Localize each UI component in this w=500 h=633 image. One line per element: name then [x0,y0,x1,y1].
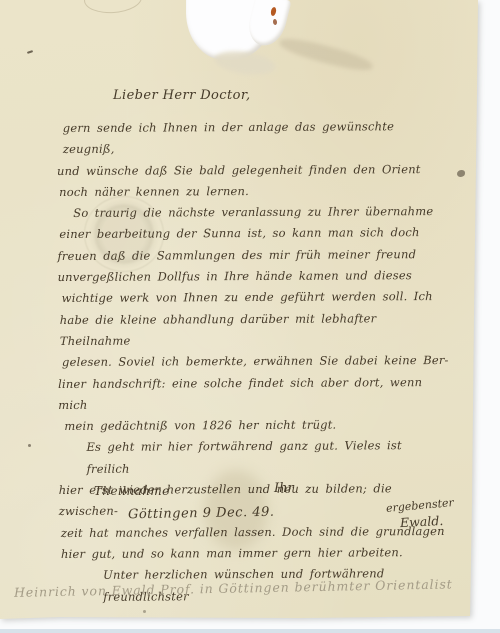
letter-line: mein gedächtniß von 1826 her nicht trügt… [64,414,450,437]
letter-line: hier gut, und so kann man immer gern hie… [61,542,451,565]
letter-line: wichtige werk von Ihnen zu ende geführt … [62,286,450,309]
tape-stain [277,34,374,75]
letter-line: einer bearbeitung der Sunna ist, so kann… [59,222,449,245]
letter-line: noch näher kennen zu lernen. [59,180,449,203]
letter-line: freuen daß die Sammlungen des mir früh m… [57,244,449,267]
paper-fleck [28,444,31,447]
letter-line: unvergeßlichen Dollfus in Ihre hände kam… [58,265,450,288]
closing-pronoun: Ihr [274,481,294,496]
signature: Ewald. [400,513,444,530]
paper-fleck [27,50,33,54]
tape-stain [213,48,277,78]
salutation-line: Lieber Herr Doctor, [113,88,251,103]
letter-line: liner handschrift: eine solche findet si… [58,372,450,417]
letter-body: gern sende ich Ihnen in der anlage das g… [57,116,452,608]
scan-background: Lieber Herr Doctor, gern sende ich Ihnen… [0,0,500,633]
letter-line: gern sende ich Ihnen in der anlage das g… [63,116,449,161]
letter-line: und wünsche daß Sie bald gelegenheit fin… [57,159,449,182]
letter-line: Es geht mir hier fortwährend ganz gut. V… [86,435,450,479]
dateline: Göttingen 9 Dec. 49. [128,505,275,523]
closing-word: Theilnahme [94,484,170,498]
scan-edge-strip [0,629,500,633]
paper-fleck [457,170,465,177]
letter-line: zeit hat manches verfallen lassen. Doch … [61,521,451,544]
embossed-stamp [83,0,143,15]
paper-fleck [143,610,146,613]
letter-line: So traurig die nächste veranlassung zu I… [73,201,449,224]
letter-line: gelesen. Soviel ich bemerkte, erwähnen S… [62,350,450,373]
letter-line: habe die kleine abhandlung darüber mit l… [60,308,450,353]
letter-paper: Lieber Herr Doctor, gern sende ich Ihnen… [0,0,479,619]
